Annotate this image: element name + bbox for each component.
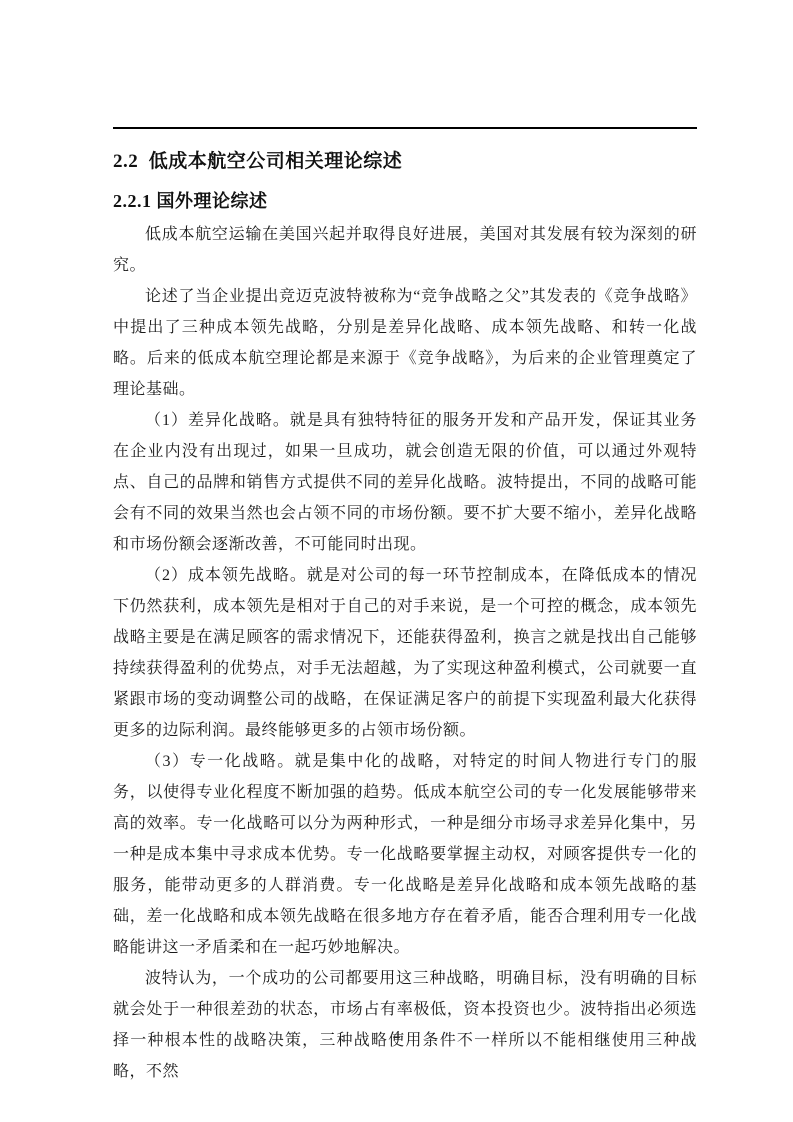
header-rule bbox=[113, 127, 697, 129]
paragraph-strategy-2-cost-leadership: （2）成本领先战略。就是对公司的每一环节控制成本，在降低成本的情况下仍然获利，成… bbox=[113, 560, 697, 746]
page-number: 4 bbox=[0, 1029, 793, 1045]
paragraph-porter-overview: 论述了当企业提出竞迈克波特被称为“竞争战略之父”其发表的《竞争战略》中提出了三种… bbox=[113, 281, 697, 405]
paragraph-porter-conclusion: 波特认为，一个成功的公司都要用这三种战略，明确目标，没有明确的目标就会处于一种很… bbox=[113, 963, 697, 1087]
paragraph-strategy-3-focus: （3）专一化战略。就是集中化的战略，对特定的时间人物进行专门的服务，以使得专业化… bbox=[113, 746, 697, 963]
document-page: 2.2 低成本航空公司相关理论综述 2.2.1 国外理论综述 低成本航空运输在美… bbox=[0, 0, 793, 1122]
body-text: 低成本航空运输在美国兴起并取得良好进展，美国对其发展有较为深刻的研究。 论述了当… bbox=[113, 219, 697, 1087]
paragraph-strategy-1-differentiation: （1）差异化战略。就是具有独特特征的服务开发和产品开发，保证其业务在企业内没有出… bbox=[113, 405, 697, 560]
paragraph-intro: 低成本航空运输在美国兴起并取得良好进展，美国对其发展有较为深刻的研究。 bbox=[113, 219, 697, 281]
subsection-heading: 2.2.1 国外理论综述 bbox=[113, 187, 697, 213]
section-heading: 2.2 低成本航空公司相关理论综述 bbox=[113, 146, 697, 173]
